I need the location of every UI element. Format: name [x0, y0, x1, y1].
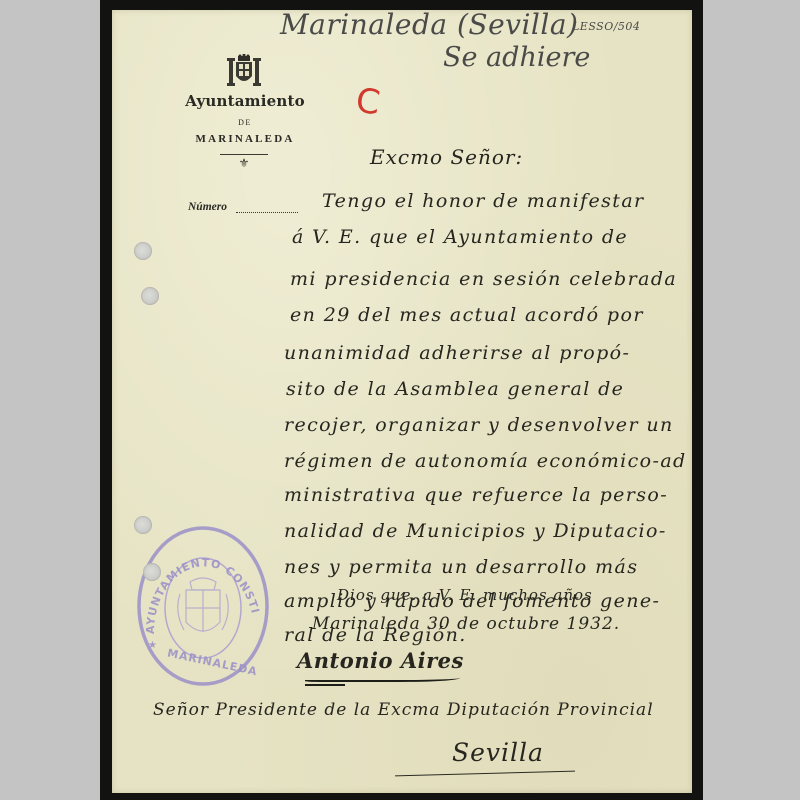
date-line: Marinaleda 30 de octubre 1932. — [312, 614, 620, 634]
letterhead-title: Ayuntamiento — [170, 92, 320, 110]
svg-text:MARINALEDA: MARINALEDA — [166, 647, 259, 679]
body-line: sito de la Asamblea general de — [286, 378, 624, 400]
letterhead-rule — [220, 154, 268, 155]
body-line: nalidad de Municipios y Diputacio- — [284, 520, 667, 542]
addressee-city: Sevilla — [452, 738, 544, 767]
coat-of-arms-icon — [226, 54, 262, 88]
punch-hole — [143, 563, 161, 581]
closing-line: Dios gue. a V. E. muchos años — [337, 586, 593, 604]
numero-field — [236, 212, 298, 213]
ornament-icon: ⚜ — [235, 156, 253, 170]
body-line: recojer, organizar y desenvolver un — [284, 414, 674, 436]
signature: Antonio Aires — [297, 648, 464, 673]
letterhead-town: MARINALEDA — [166, 133, 324, 145]
numero-label: Número — [188, 201, 227, 213]
signature-flourish — [305, 672, 460, 682]
pencil-annotation-note: Se adhiere — [443, 42, 590, 73]
body-line: nes y permita un desarrollo más — [284, 556, 638, 578]
body-line: unanimidad adherirse al propó- — [284, 342, 630, 364]
municipal-stamp: AYUNTAMIENTO CONSTITUCIONAL DE MARINALED… — [134, 524, 272, 688]
letterhead-de: DE — [170, 118, 320, 127]
archive-reference: LESSO/504 — [572, 20, 640, 33]
punch-hole — [134, 516, 152, 534]
salutation: Excmo Señor: — [370, 145, 523, 169]
body-line: mi presidencia en sesión celebrada — [290, 268, 677, 290]
body-line: á V. E. que el Ayuntamiento de — [292, 226, 628, 248]
svg-text:★: ★ — [148, 640, 157, 651]
body-line: régimen de autonomía económico-ad — [284, 450, 687, 472]
body-line: ministrativa que refuerce la perso- — [284, 484, 668, 506]
body-line: en 29 del mes actual acordó por — [290, 304, 644, 326]
signature-flourish — [305, 684, 345, 686]
body-line: Tengo el honor de manifestar — [322, 190, 645, 212]
pencil-annotation-place: Marinaleda (Sevilla) — [280, 8, 578, 41]
addressee: Señor Presidente de la Excma Diputación … — [153, 700, 654, 720]
punch-hole — [141, 287, 159, 305]
punch-hole — [134, 242, 152, 260]
